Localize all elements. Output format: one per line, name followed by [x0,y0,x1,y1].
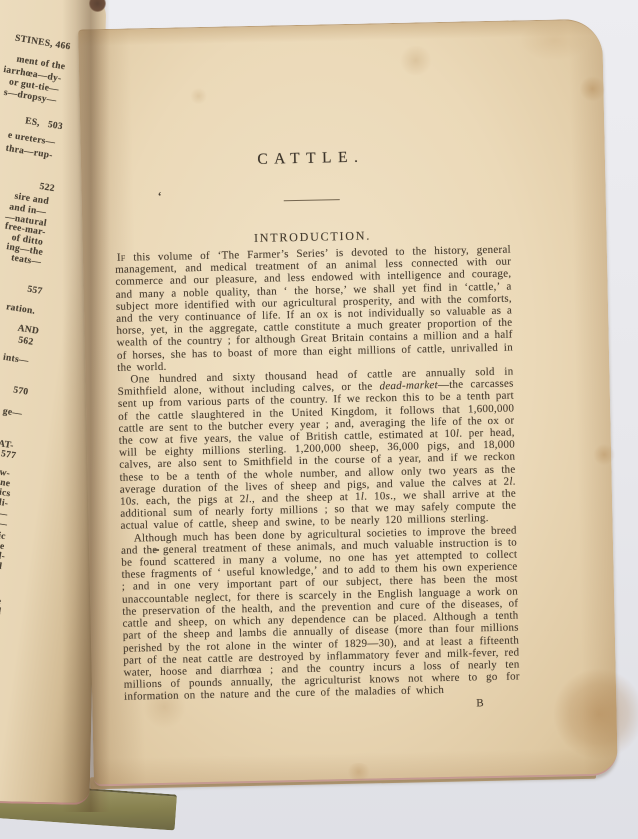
stray-ink-mark: ‘ [157,189,161,204]
stray-margin-dash [154,549,159,551]
index-fragment: 557 [26,285,43,297]
index-fragment: ic [0,531,6,542]
paragraph: One hundred and sixty thousand head of c… [117,366,516,533]
stain [579,76,606,103]
book-page: CATTLE. INTRODUCTION. If this volume of … [78,19,618,787]
book-photograph: STINES, 466ment of theiarrhœa—dy-or gut-… [0,0,638,839]
paragraph: Although much has been done by agricultu… [121,524,520,703]
index-fragment: 570 [12,385,29,397]
index-fragment: 577 [0,449,17,461]
index-fragment: ve [0,541,6,552]
index-fragment: STINES, 466 [14,34,71,53]
index-fragment: 562 [17,335,34,347]
index-fragment: ge— [2,407,23,420]
page-text-block: CATTLE. INTRODUCTION. If this volume of … [110,22,522,784]
index-fragment: li- [0,498,9,509]
index-fragment: ES, 503 [24,116,63,132]
index-fragment: 522 [39,182,56,194]
index-fragment: ration. [5,302,36,317]
stain [518,20,591,61]
signature-mark: B [476,696,520,709]
paragraph: If this volume of ‘The Farmer’s Series’ … [115,244,513,374]
index-fragment: l- [0,551,5,562]
index-fragment: e [0,597,2,608]
page-title: CATTLE. [113,146,509,172]
index-fragment: — [0,519,8,530]
body-paragraphs: If this volume of ‘The Farmer’s Series’ … [115,244,521,717]
index-fragment: d [0,561,3,572]
title-divider-rule [284,199,340,201]
index-fragment: d [0,606,2,617]
index-fragment: ints— [2,353,29,367]
